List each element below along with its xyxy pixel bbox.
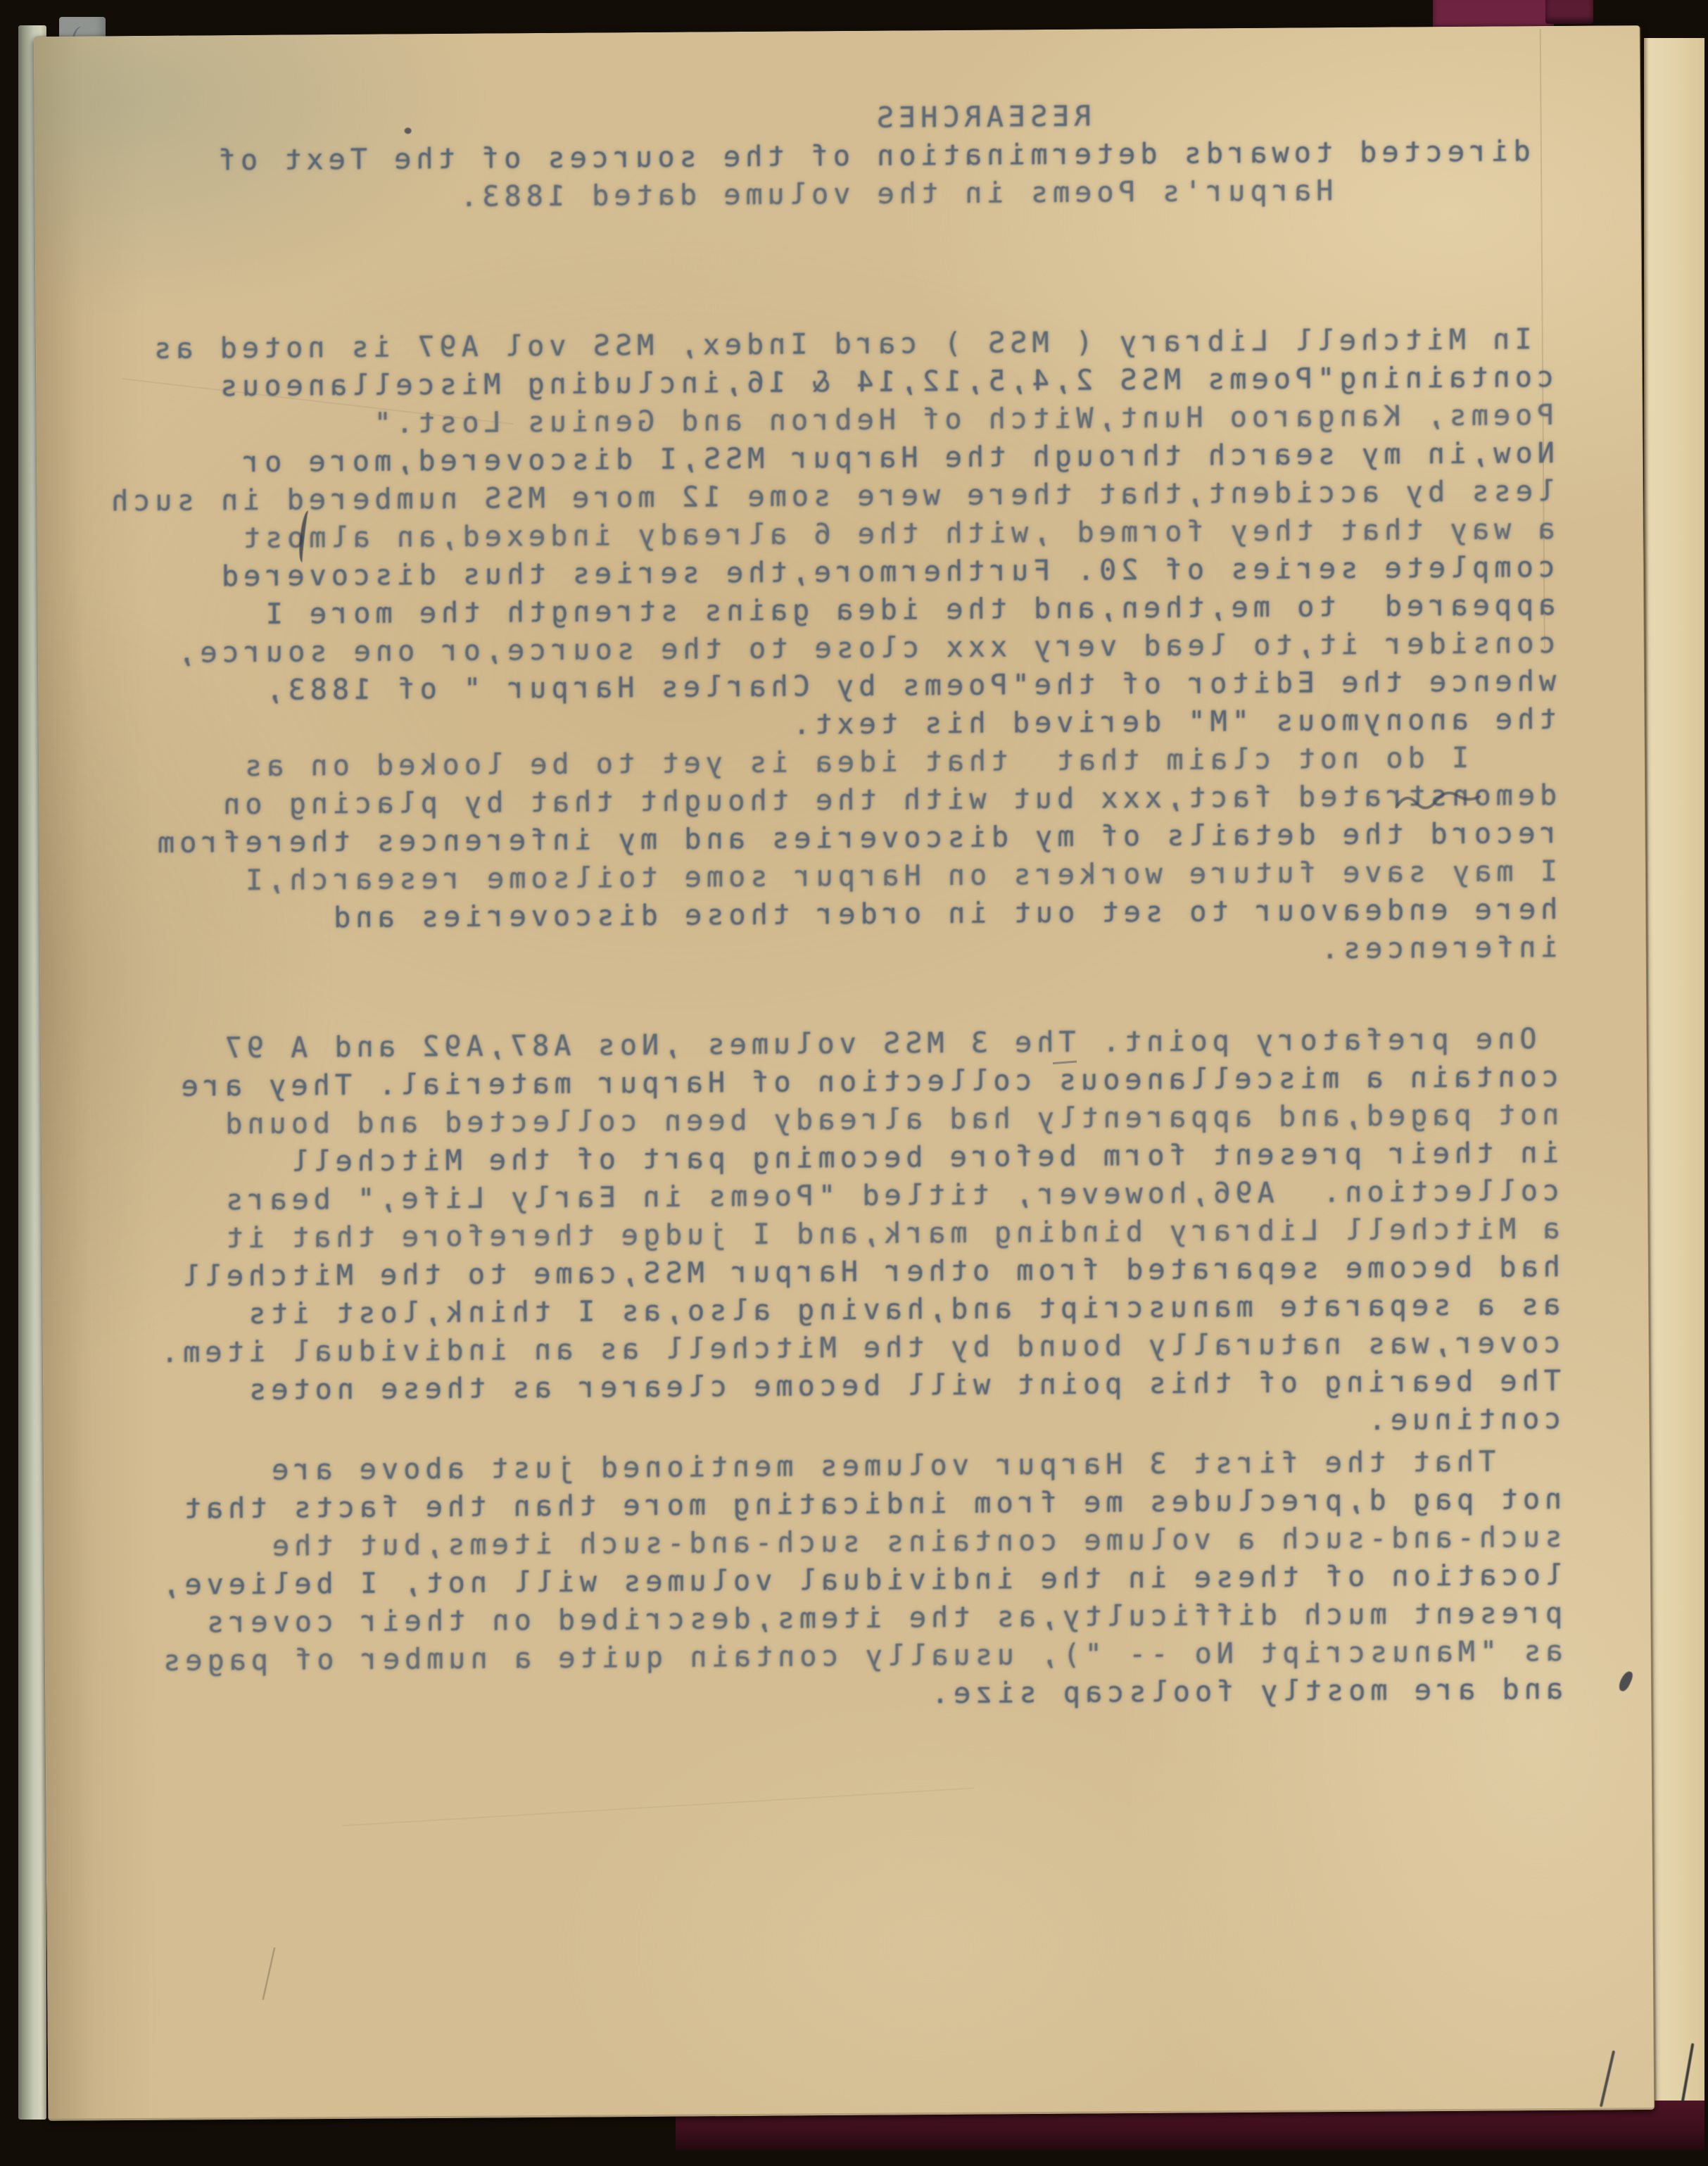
manuscript-page: RESEARCHES directed towards determinatio…	[34, 25, 1655, 2121]
page-stack-edge-right	[1644, 38, 1704, 2111]
typed-text-mirrored: RESEARCHES directed towards determinatio…	[62, 94, 1563, 1719]
handwritten-correction-mark	[1393, 786, 1485, 817]
paragraph-2: One prefatory point. The 3 MSS volumes ,…	[69, 1020, 1562, 1449]
paragraph-1: In Mitchell Library ( MSS ) card Index, …	[64, 320, 1558, 977]
paragraph-3: That the first 3 Harpur volumes mentione…	[72, 1442, 1564, 1719]
ink-dot-mark	[405, 127, 412, 134]
paper-crease	[342, 1787, 975, 1826]
ink-fleck-mark	[1617, 1670, 1635, 1693]
ribbon-marker-end-icon	[1545, 0, 1593, 24]
handwritten-correction-icon	[1393, 786, 1485, 817]
pencil-stroke-mark	[262, 1947, 276, 2000]
book-scan: RESEARCHES directed towards determinatio…	[0, 0, 1708, 2166]
scan-canvas: { "document": { "kind": "mirrored typesc…	[0, 0, 1708, 2166]
heading-block: RESEARCHES directed towards determinatio…	[62, 94, 1552, 219]
